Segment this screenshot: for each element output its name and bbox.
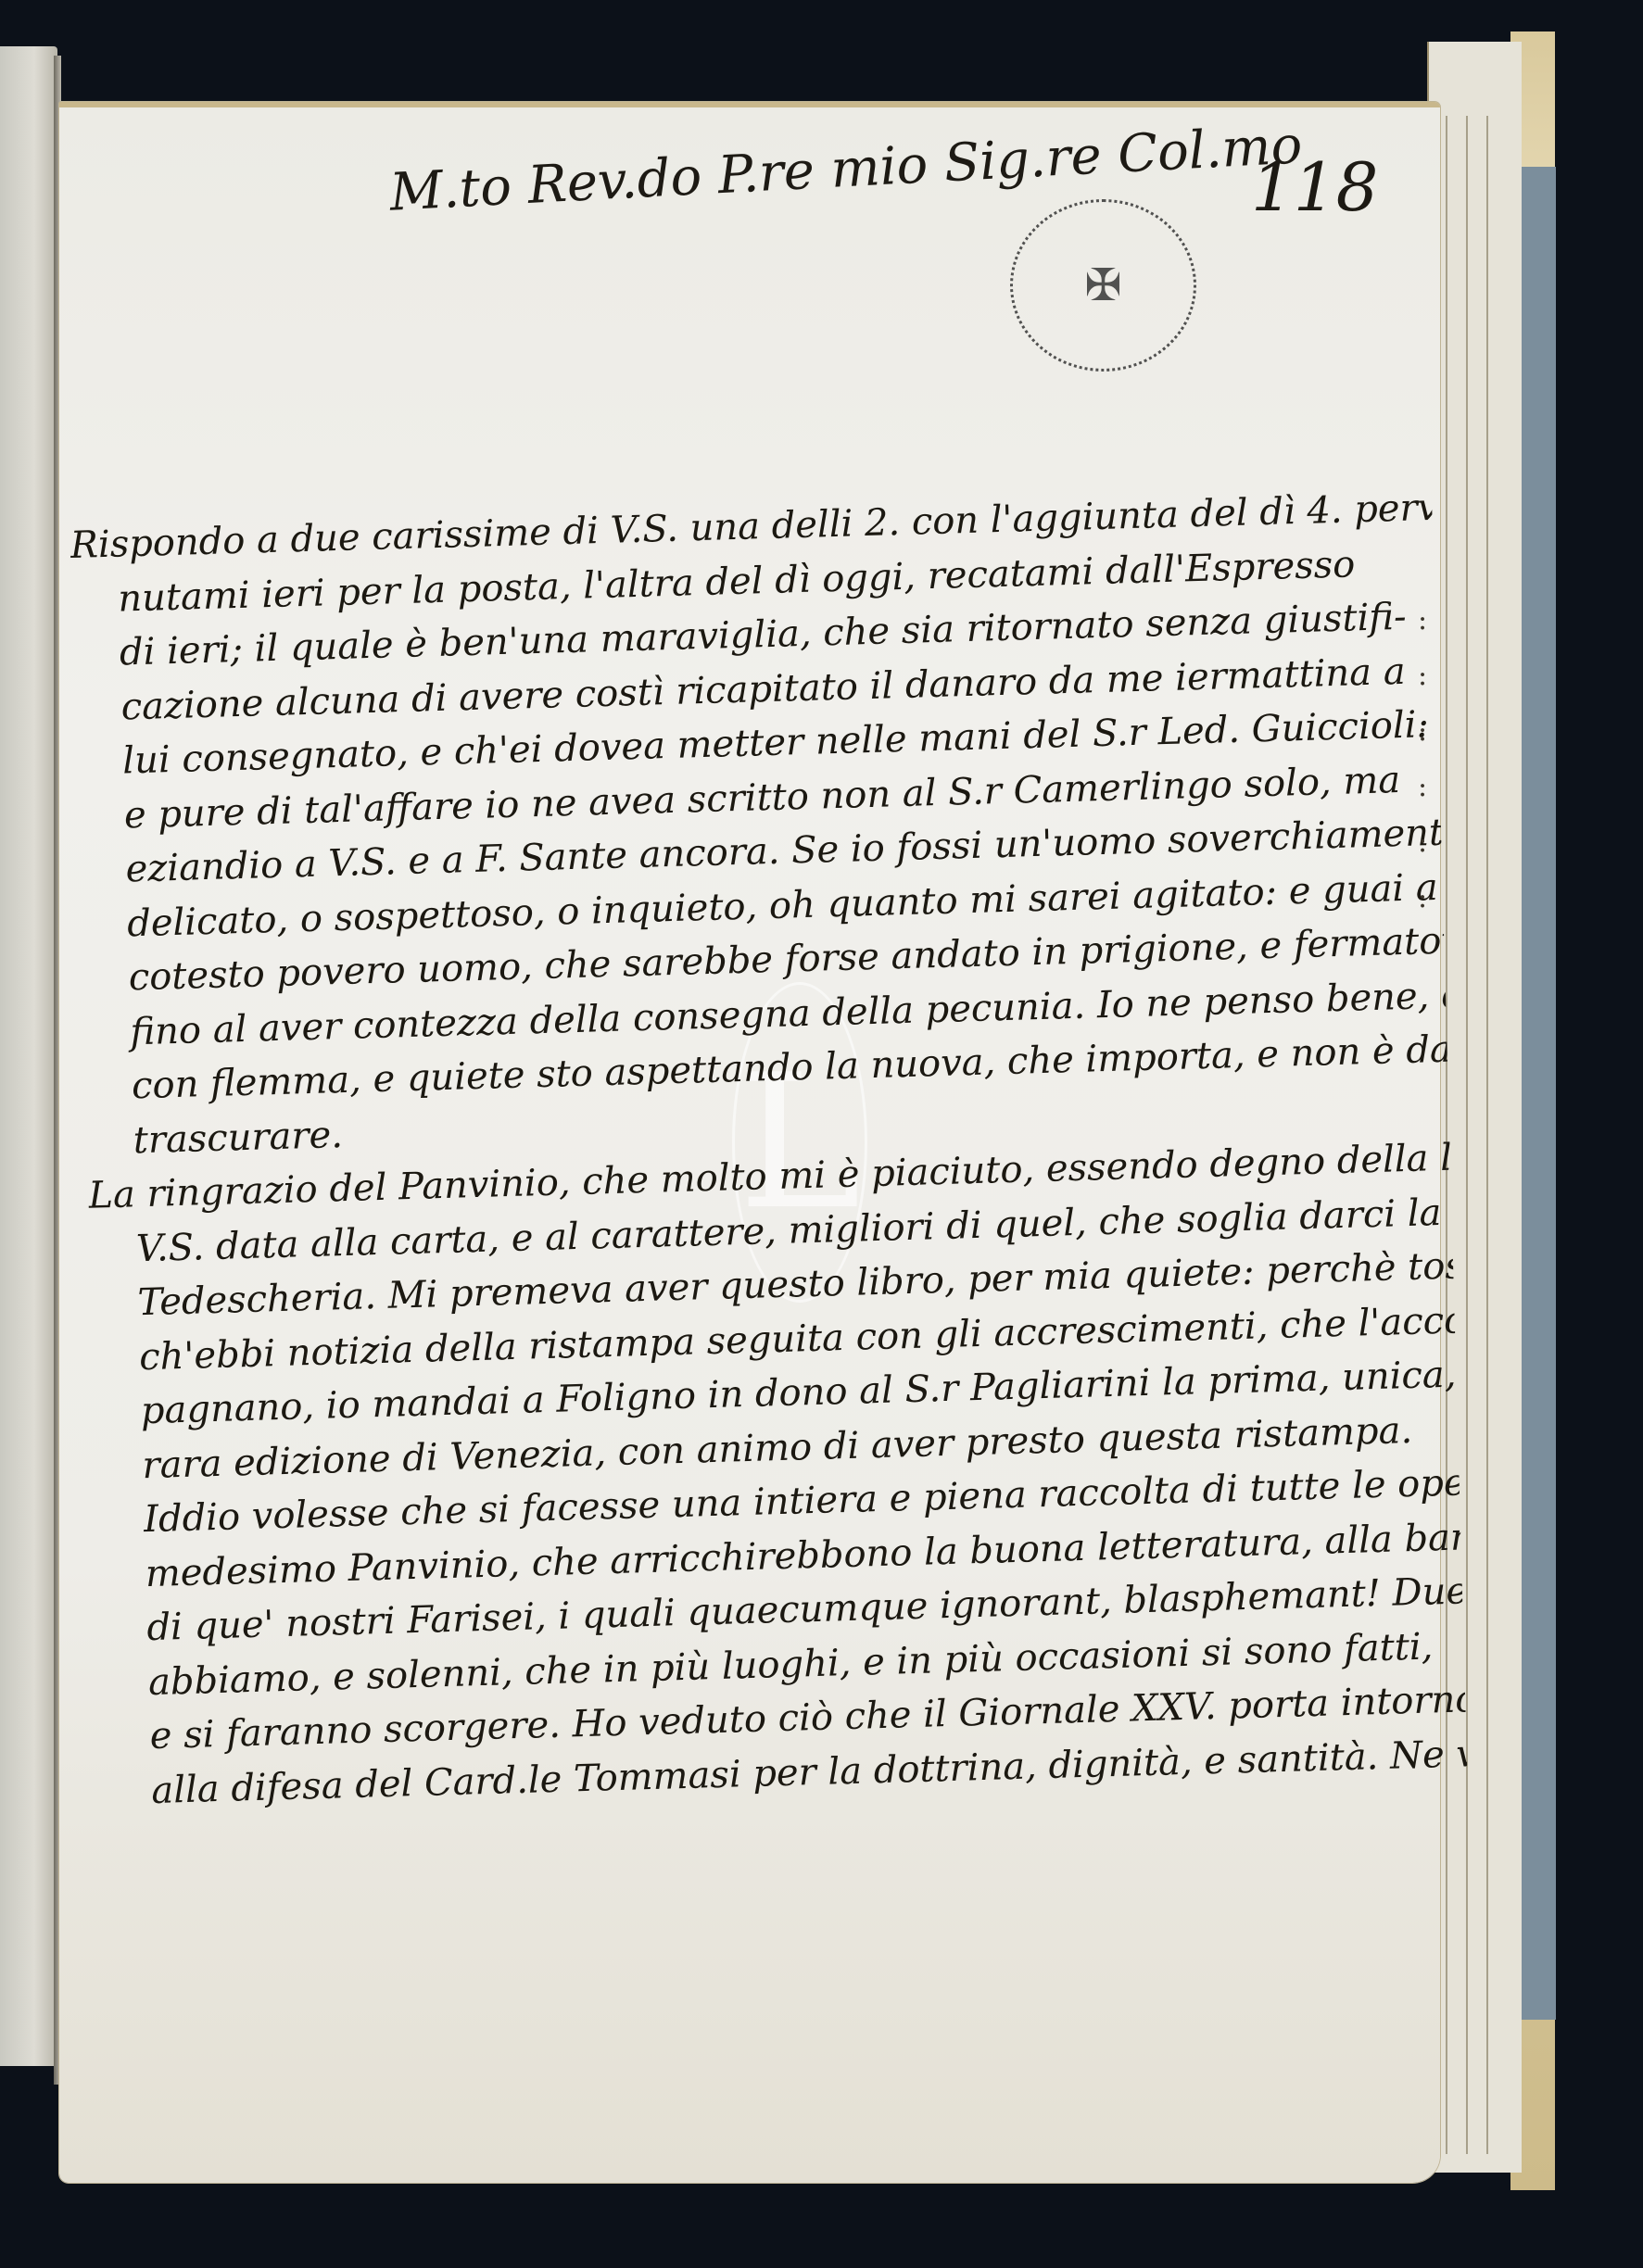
library-seal-stamp-icon: ✠ [1010,199,1196,372]
folio-number: 118 [1251,148,1378,226]
facing-page-edge [0,46,57,2066]
letter-body: Rispondo a due carissime di V.S. una del… [70,481,1468,1819]
page-edge-line [1486,116,1488,2154]
margin-marks: :::::: [1418,593,1431,926]
binding-cover-blue [1517,167,1556,2020]
page-edge-line [1466,116,1468,2154]
